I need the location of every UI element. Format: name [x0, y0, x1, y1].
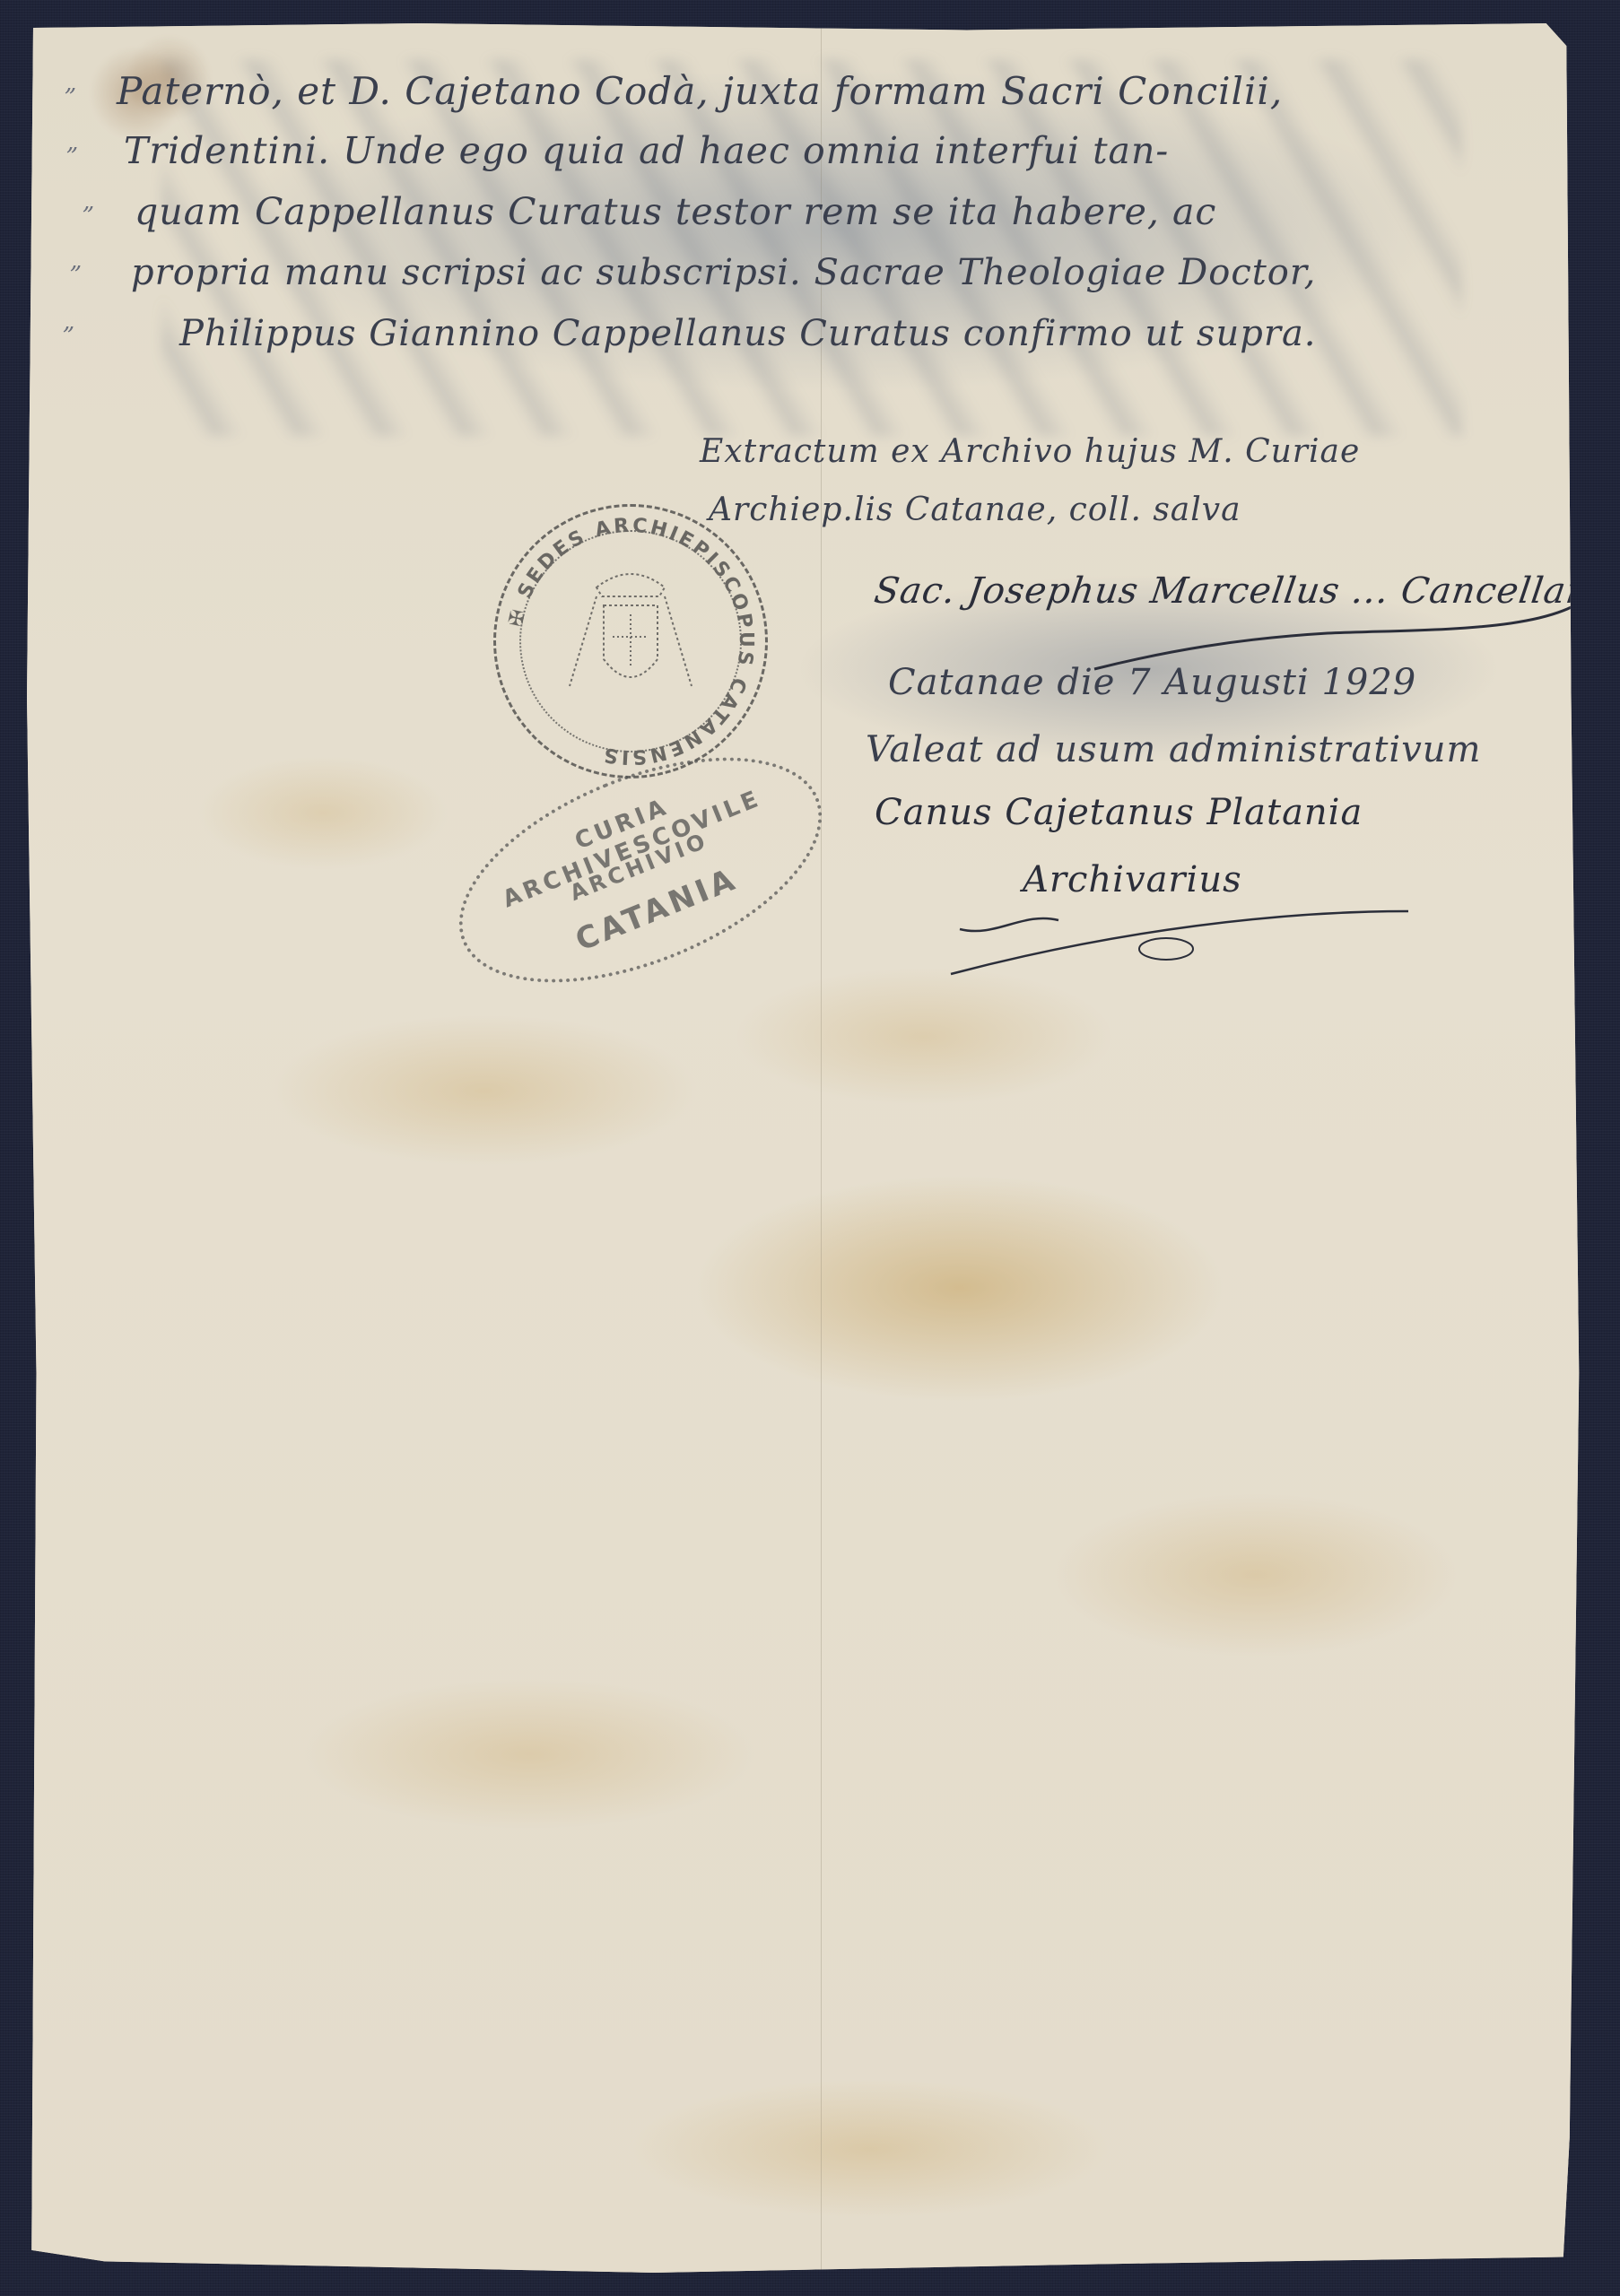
coat-of-arms-icon [561, 561, 701, 713]
body-line-1: Paternò, et D. Cajetano Codà, juxta form… [117, 73, 1283, 110]
archivist-name: Canus Cajetanus Platania [875, 795, 1363, 831]
archivist-flourish-icon [942, 875, 1444, 983]
margin-mark: „ [65, 70, 76, 97]
body-line-2: Tridentini. Unde ego quia ad haec omnia … [124, 133, 1169, 170]
ink-smudge [161, 59, 1462, 436]
manuscript-page: „ „ „ „ „ Paternò, et D. Cajetano Codà, … [27, 23, 1593, 2273]
date-line: Catanae die 7 Augusti 1929 [888, 665, 1416, 700]
body-line-4: propria manu scripsi ac subscripsi. Sacr… [131, 255, 1316, 291]
archiepiscopal-seal: ✠ SEDES ARCHIEPISCOPUS CATANENSIS [493, 504, 768, 778]
usage-line: Valeat ad usum administrativum [866, 732, 1481, 768]
body-line-3: quam Cappellanus Curatus testor rem se i… [135, 194, 1216, 230]
extract-line-2: Archiep.lis Catanae, coll. salva [709, 494, 1241, 526]
body-line-5: Philippus Giannino Cappellanus Curatus c… [179, 316, 1317, 352]
margin-mark: „ [83, 188, 94, 215]
extract-line-1: Extractum ex Archivo hujus M. Curiae [700, 436, 1360, 468]
fold-crease [821, 23, 822, 2273]
margin-mark: „ [63, 309, 74, 335]
margin-mark: „ [70, 248, 82, 274]
margin-mark: „ [66, 129, 78, 156]
